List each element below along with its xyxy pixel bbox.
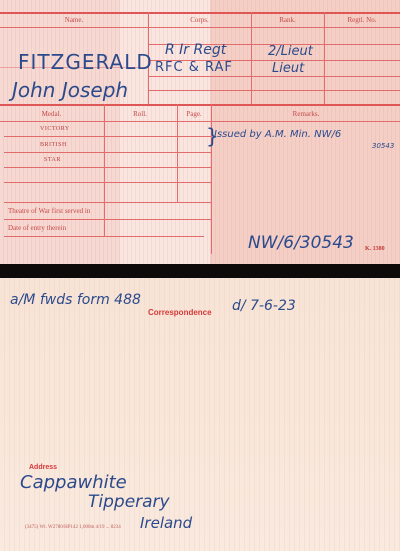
theatre-label: Theatre of War first served in: [8, 207, 90, 215]
header-rank: Rank.: [251, 16, 324, 24]
rule: [0, 27, 400, 28]
medal-index-card-front: Name. Corps. Rank. Regtl. No. FITZGERALD…: [0, 0, 400, 264]
rule: [4, 202, 211, 203]
corps-1: R Ir Regt: [165, 42, 226, 58]
rule: [4, 182, 211, 183]
header-corps: Corps.: [148, 16, 251, 24]
medal-victory: VICTORY: [40, 126, 70, 132]
date-of-entry-label: Date of entry therein: [8, 224, 66, 232]
rule: [148, 76, 400, 77]
rule: [0, 12, 400, 14]
remarks-text: Issued by A.M. Min. NW/6: [214, 129, 341, 140]
rule: [4, 219, 211, 220]
rule: [4, 136, 211, 137]
reference-number: NW/6/30543: [248, 233, 354, 253]
header-roll: Roll.: [104, 110, 176, 118]
rank-2: Lieut: [272, 61, 304, 76]
correspondence-note-2: d/ 7-6-23: [232, 298, 296, 314]
rule: [0, 121, 400, 122]
address-line-2: Tipperary: [88, 492, 170, 512]
given-names: John Joseph: [12, 78, 128, 102]
corps-2: RFC & RAF: [155, 60, 233, 75]
address-line-3: Ireland: [140, 514, 192, 532]
medal-british: BRITISH: [40, 142, 67, 148]
rule: [104, 104, 105, 202]
header-page: Page.: [177, 110, 211, 118]
header-regtl-no: Regtl. No.: [324, 16, 400, 24]
rule: [4, 167, 211, 168]
medal-index-card-back: a/M fwds form 488 d/ 7-6-23 Corresponden…: [0, 278, 400, 551]
rank-1: 2/Lieut: [268, 44, 313, 59]
rule: [0, 104, 400, 106]
header-remarks: Remarks.: [212, 110, 400, 118]
rule: [148, 90, 400, 91]
card-divider: [0, 264, 400, 278]
surname: FITZGERALD: [18, 50, 153, 74]
rule: [4, 236, 204, 237]
correspondence-label: Correspondence: [148, 308, 212, 317]
correspondence-note-1: a/M fwds form 488: [10, 292, 141, 308]
printer-line: (3475) Wt. W2780/HP142 1,000m 4/19 ... 8…: [25, 525, 121, 530]
medal-star: STAR: [44, 157, 61, 163]
address-line-1: Cappawhite: [20, 472, 127, 493]
rule: [177, 104, 178, 202]
rule: [4, 152, 211, 153]
remarks-ref: 30543: [372, 142, 394, 150]
header-medal: Medal.: [0, 110, 103, 118]
address-label: Address: [29, 464, 57, 471]
form-code: K. 1380: [365, 246, 385, 252]
header-name: Name.: [0, 16, 148, 24]
